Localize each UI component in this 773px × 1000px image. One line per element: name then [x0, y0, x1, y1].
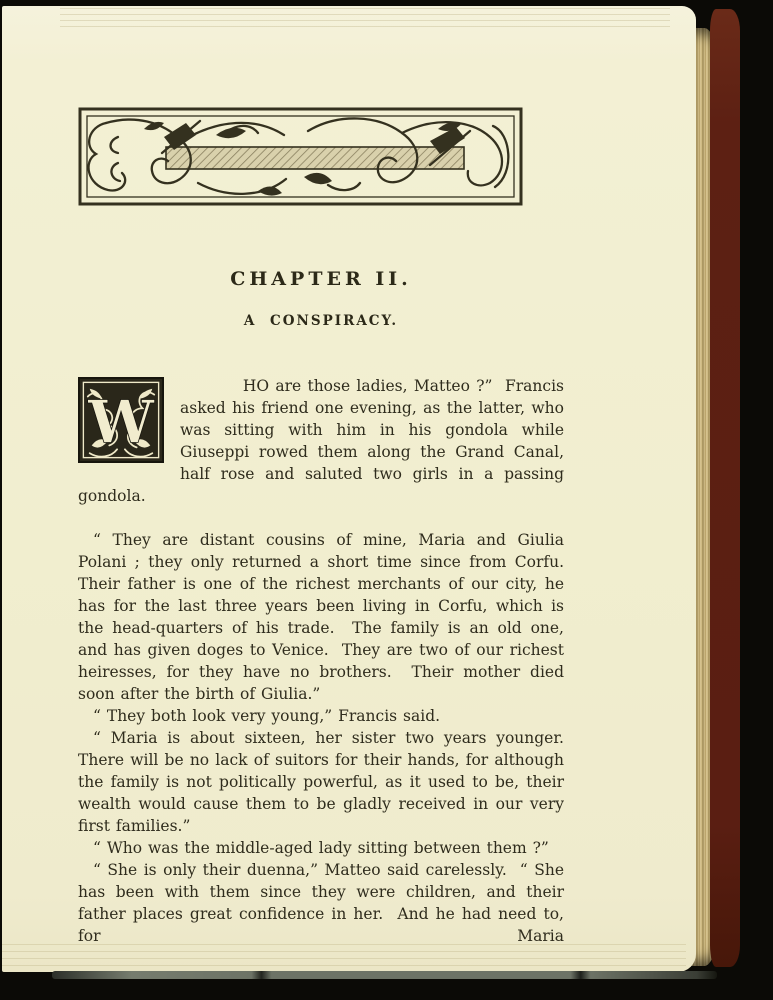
book-cradle-bar [52, 971, 717, 979]
book-cover-strip [710, 9, 740, 967]
book-page: CHAPTER II. A CONSPIRACY. [2, 6, 696, 972]
drop-cap-ornament: W [78, 377, 164, 463]
paragraph: “ They both look very young,” Francis sa… [78, 705, 564, 727]
chapter-subheading: A CONSPIRACY. [78, 313, 564, 329]
paragraph: “ She is only their duenna,” Matteo said… [78, 859, 564, 947]
paragraph: “ Who was the middle-aged lady sitting b… [78, 837, 564, 859]
page-content: CHAPTER II. A CONSPIRACY. [78, 6, 564, 947]
paragraph: “ Maria is about sixteen, her sister two… [78, 727, 564, 837]
book-photograph: CHAPTER II. A CONSPIRACY. [0, 0, 773, 1000]
paragraph: “ They are distant cousins of mine, Mari… [78, 529, 564, 705]
body-text: W HO are those ladies, Matteo ?” Francis… [78, 353, 564, 947]
drop-cap-letter: W [87, 387, 155, 456]
paragraph: W HO are those ladies, Matteo ?” Francis… [78, 353, 564, 529]
chapter-heading: CHAPTER II. [78, 268, 564, 290]
headpiece-ornament [78, 107, 523, 206]
